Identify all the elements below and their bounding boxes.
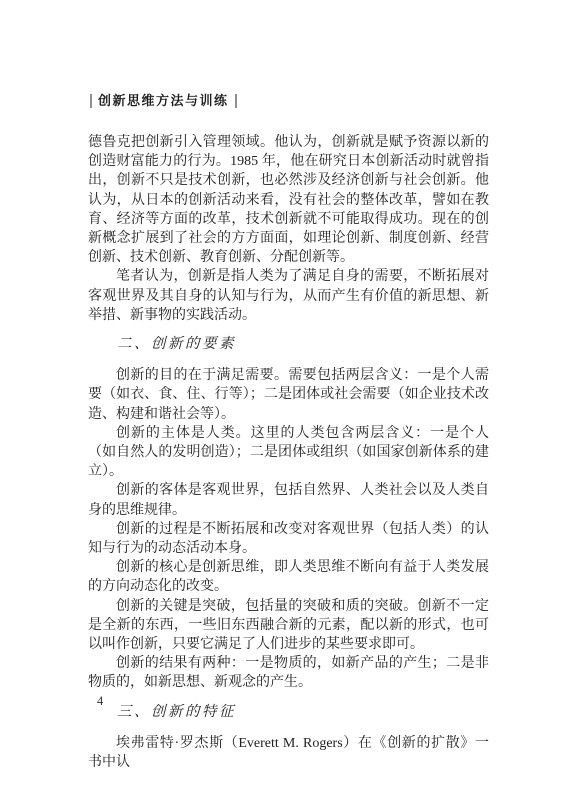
paragraph: 创新的主体是人类。这里的人类包含两层含义：一是个人（如自然人的发明创造）；二是团… xyxy=(88,424,489,482)
paragraph: 创新的结果有两种：一是物质的，如新产品的产生；二是非物质的，如新思想、新观念的产… xyxy=(88,654,489,692)
running-header-title: 创新思维方法与训练 xyxy=(98,93,229,108)
section-heading: 三、创新的特征 xyxy=(88,703,489,722)
paragraph: 创新的关键是突破，包括量的突破和质的突破。创新不一定是全新的东西，一些旧东西融合… xyxy=(88,597,489,655)
paragraph: 创新的过程是不断拓展和改变对客观世界（包括人类）的认知与行为的动态活动本身。 xyxy=(88,520,489,558)
header-bar-left xyxy=(90,94,92,108)
paragraph: 德鲁克把创新引入管理领域。他认为，创新就是赋予资源以新的创造财富能力的行为。19… xyxy=(88,133,489,267)
running-header: 创新思维方法与训练 xyxy=(90,93,237,108)
paragraph: 创新的核心是创新思维，即人类思维不断向有益于人类发展的方向动态化的改变。 xyxy=(88,558,489,596)
paragraph: 创新的客体是客观世界，包括自然界、人类社会以及人类自身的思维规律。 xyxy=(88,481,489,519)
header-bar-right xyxy=(235,94,237,108)
paragraph: 创新的目的在于满足需要。需要包括两层含义：一是个人需要（如衣、食、住、行等）；二… xyxy=(88,366,489,424)
book-page: 创新思维方法与训练 德鲁克把创新引入管理领域。他认为，创新就是赋予资源以新的创造… xyxy=(0,0,573,800)
section-heading: 二、创新的要素 xyxy=(88,335,489,354)
page-number: 4 xyxy=(97,694,103,709)
paragraph: 埃弗雷特·罗杰斯（Everett M. Rogers）在《创新的扩散》一书中认 xyxy=(88,734,489,772)
page-body: 德鲁克把创新引入管理领域。他认为，创新就是赋予资源以新的创造财富能力的行为。19… xyxy=(88,133,489,772)
paragraph: 笔者认为，创新是指人类为了满足自身的需要，不断拓展对客观世界及其自身的认知与行为… xyxy=(88,267,489,325)
